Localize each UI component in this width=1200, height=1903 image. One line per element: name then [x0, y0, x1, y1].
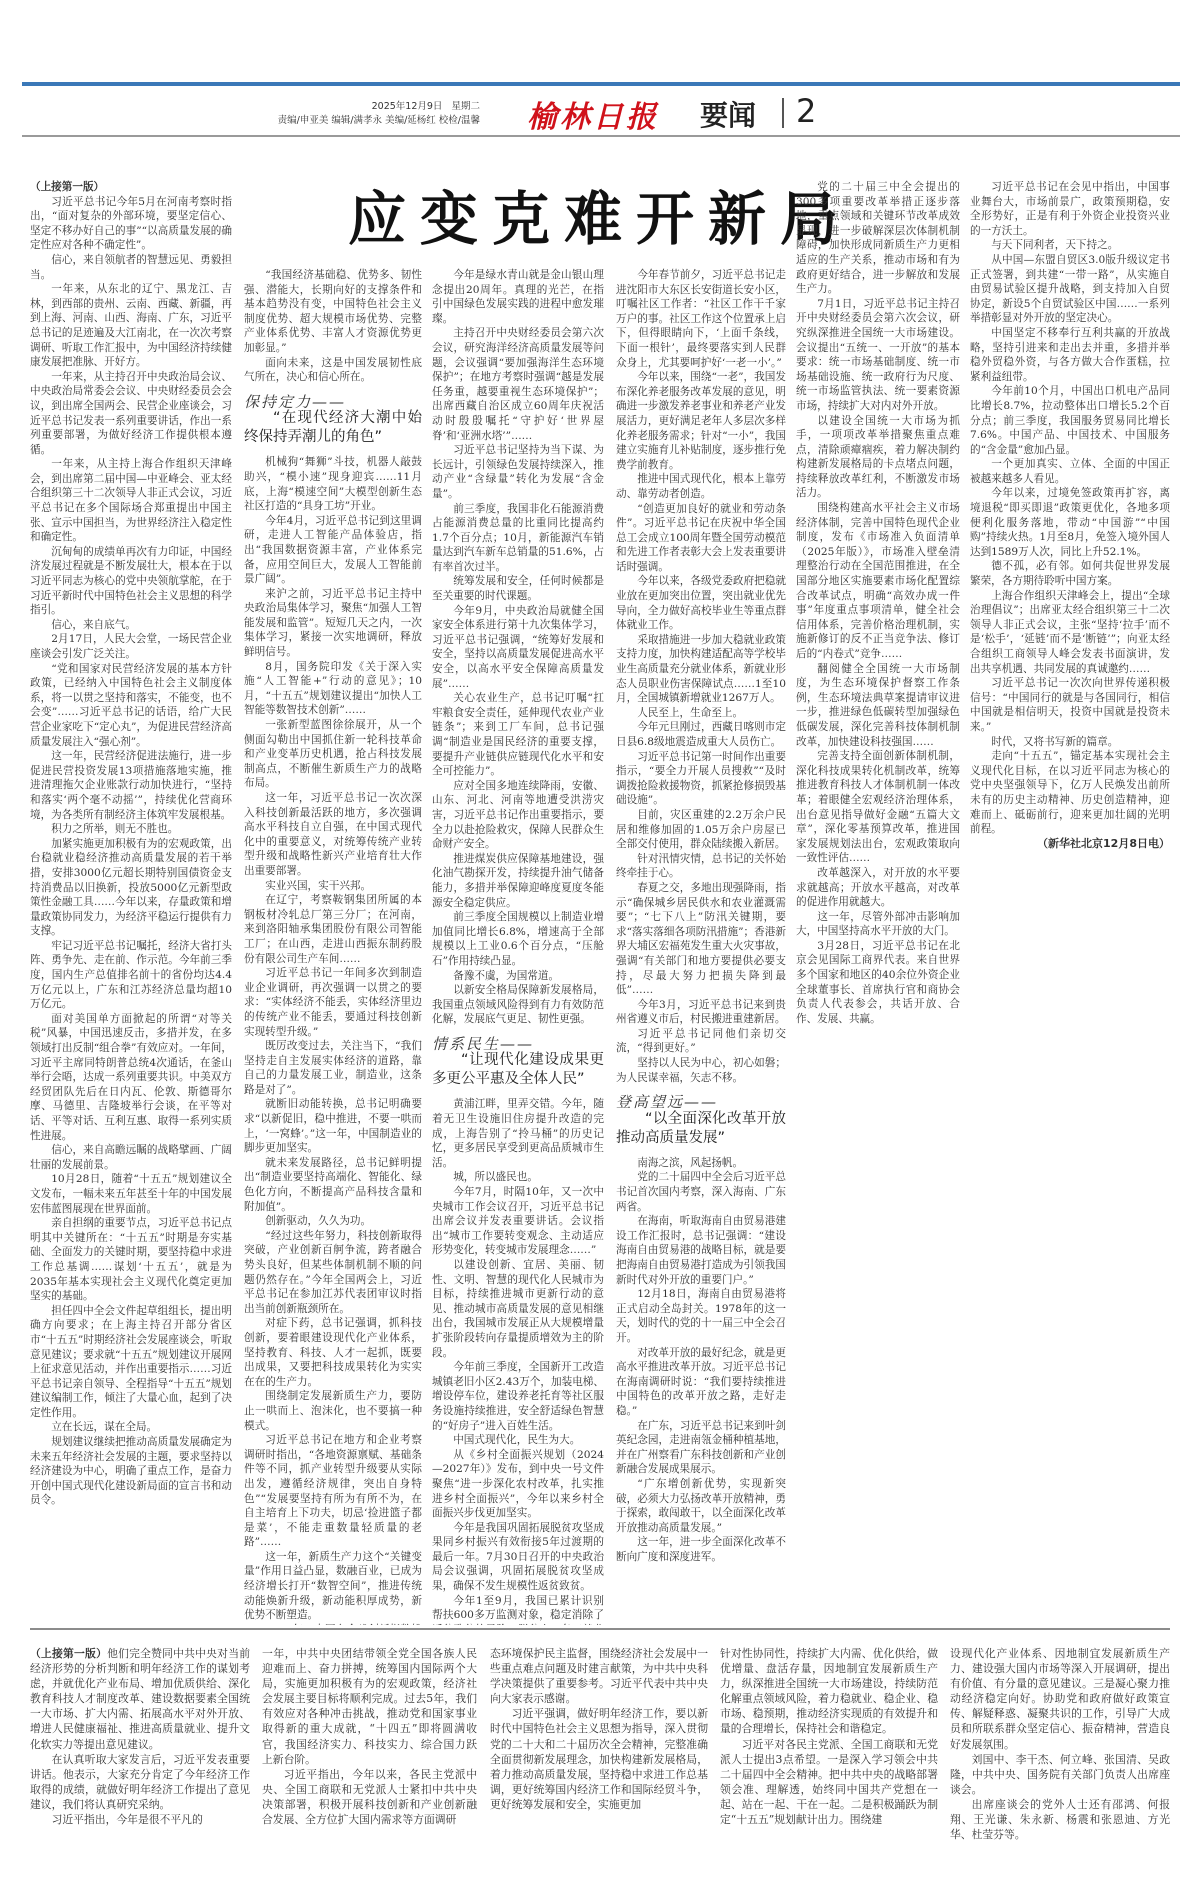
- paragraph: 城，所以盛民也。: [432, 1170, 604, 1185]
- top-story-column-1: （上接第一版） 习近平总书记今年5月在河南考察时指出，“面对复杂的外部环境，要坚…: [30, 180, 232, 1625]
- paragraph: 今年前三季度，全国新开工改造城镇老旧小区2.43万个，加装电梯、增设停车位，建设…: [432, 1360, 604, 1433]
- column-paragraphs: 态环境保护民主监督，围绕经济社会发展中一些重点难点问题及时建言献策，为中共中央科…: [490, 1646, 708, 1812]
- paragraph: 担任四中全会文件起草组组长，提出明确方向要求；在上海主持召开部分省区市“十五五”…: [30, 1304, 232, 1421]
- paragraph: 习近平总书记一年间多次到制造业企业调研，再次强调一以贯之的要求：“实体经济不能丢…: [244, 966, 422, 1039]
- paragraph: 主持召开中央财经委员会第六次会议，研究海洋经济高质量发展等问题，会议强调“要加强…: [432, 326, 604, 443]
- subhead-kicker: 保持定力——: [244, 395, 422, 410]
- paragraph: 这一年，民营经济促进法施行，进一步促进民营投资发展13项措施落地实施，推进清理拖…: [30, 749, 232, 822]
- paragraph: 时代，又将书写新的篇章。: [970, 735, 1170, 750]
- paragraph: 党的二十届四中全会后习近平总书记首次国内考察，深入海南、广东两省。: [616, 1170, 786, 1214]
- paragraph: 德不孤，必有邻。如何共促世界发展繁荣，各方期待聆听中国方案。: [970, 559, 1170, 588]
- paragraph: 改革越深入，对开放的水平要求就越高；开放水平越高，对改革的促进作用就越大。: [796, 866, 960, 910]
- paragraph: 春夏之交，多地出现强降雨，指示“确保城乡居民供水和农业灌溉需要”；“七下八上”防…: [616, 881, 786, 998]
- bottom-story-column-4: 针对性协同性，持续扩大内需、优化供给，做优增量、盘活存量，因地制宜发展新质生产力…: [720, 1646, 938, 1896]
- column-paragraphs: 一年，中共中央团结带领全党全国各族人民迎难而上、奋力拼搏，统筹国内国际两个大局，…: [262, 1646, 477, 1827]
- paragraph: 今年以来，各级党委政府把稳就业放在更加突出位置，突出就业优先导向，全力做好高校毕…: [616, 574, 786, 632]
- paragraph: 这一年，新质生产力这个“关键变量”作用日益凸显，数融百业，已成为经济增长打开“数…: [244, 1550, 422, 1623]
- paragraph: 一年来，从东北的辽宁、黑龙江、吉林，到西部的贵州、云南、西藏、新疆，再到上海、河…: [30, 282, 232, 370]
- paragraph: 态环境保护民主监督，围绕经济社会发展中一些重点难点问题及时建言献策，为中共中央科…: [490, 1646, 708, 1706]
- paragraph: 面对美国单方面掀起的所谓“对等关税”风暴，中国迅速反击，多措并发，在多领域打出反…: [30, 1012, 232, 1143]
- top-story-column-2: “我国经济基础稳、优势多、韧性强、潜能大，长期向好的支撑条件和基本趋势没有变，中…: [244, 268, 422, 1625]
- paragraph: 这一年，尽管外部冲击影响加大，中国坚持高水平开放的大门。: [796, 910, 960, 939]
- paragraph: 在辽宁，考察鞍钢集团所属的本钢板材冷轧总厂第三分厂；在河南，来到洛阳轴承集团股份…: [244, 893, 422, 966]
- paragraph: 面向未来，这是中国发展韧性底气所在，决心和信心所在。: [244, 356, 422, 385]
- paragraph: 目前，灾区重建的2.2万余户民居和维修加固的1.05万余户房屋已全部交付使用，群…: [616, 808, 786, 852]
- paragraph: 备豫不虞，为国常道。: [432, 969, 604, 984]
- paragraph: 今年以来，过境免签政策再扩容，离境退税“即买即退”政策更优化，各地多项便利化服务…: [970, 486, 1170, 559]
- dateline: （新华社北京12月8日电）: [970, 837, 1170, 852]
- paragraph: 信心，来自底气。: [30, 618, 232, 633]
- subhead-title: “在现代经济大潮中始终保持弄潮儿的角色”: [244, 409, 422, 447]
- column-paragraphs-after: 南海之滨，风起扬帆。党的二十届四中全会后习近平总书记首次国内考察，深入海南、广东…: [616, 1156, 786, 1565]
- paragraph: 推进中国式现代化，根本上靠劳动、靠劳动者创造。: [616, 472, 786, 501]
- bottom-lead: （上接第一版）他们完全赞同中共中央对当前经济形势的分析判断和明年经济工作的谋划考…: [30, 1646, 250, 1752]
- paragraph: 习近平指出，今年是很不平凡的: [30, 1812, 250, 1827]
- paragraph: 立在长远，谋在全局。: [30, 1420, 232, 1435]
- story-separator-rule: [30, 1628, 1170, 1630]
- page-number: 2: [796, 92, 816, 130]
- paragraph: 针对汛情灾情，总书记的关怀始终牵挂于心。: [616, 852, 786, 881]
- paragraph: “创造更加良好的就业和劳动条件”。习近平总书记在庆祝中华全国总工会成立100周年…: [616, 502, 786, 575]
- newspaper-logo: 榆林日报: [527, 92, 659, 136]
- paragraph: 应对全国多地连续降雨，安徽、山东、河北、河南等地遭受洪涝灾害，习近平总书记作出重…: [432, 779, 604, 852]
- paragraph: “党和国家对民营经济发展的基本方针政策，已经纳入中国特色社会主义制度体系，将一以…: [30, 662, 232, 750]
- paragraph: “经过这些年努力，科技创新取得突破，产业创新百舸争流，跨者融合势头良好，但某些体…: [244, 1229, 422, 1317]
- masthead-top-band: [22, 82, 1180, 86]
- column-paragraphs: 今年春节前夕，习近平总书记走进沈阳市大东区长安街道长安小区，叮嘱社区工作者：“社…: [616, 268, 786, 1085]
- paragraph: 设现代化产业体系、因地制宜发展新质生产力、建设强大国内市场等深入开展调研，提出有…: [950, 1646, 1170, 1752]
- paragraph: “我国经济基础稳、优势多、韧性强、潜能大，长期向好的支撑条件和基本趋势没有变，中…: [244, 268, 422, 356]
- paragraph: 在广东，习近平总书记来到叶剑英纪念园，走进南瓴金桶种植基地，并在广州察看广东科技…: [616, 1419, 786, 1477]
- paragraph: 加紧实施更加积极有为的宏观政策，出台稳就业稳经济推动高质量发展的若干举措，安排3…: [30, 837, 232, 939]
- paragraph: 今年春节前夕，习近平总书记走进沈阳市大东区长安街道长安小区，叮嘱社区工作者：“社…: [616, 268, 786, 370]
- masthead-rule: [22, 135, 1180, 137]
- paragraph: 以建设创新、宜居、美丽、韧性、文明、智慧的现代化人民城市为目标，持续推进城市更新…: [432, 1258, 604, 1360]
- paragraph: 今年4月，习近平总书记到这里调研，走进人工智能产品体验店，指出“我国数据资源丰富…: [244, 514, 422, 587]
- paragraph: 针对性协同性，持续扩大内需、优化供给，做优增量、盘活存量，因地制宜发展新质生产力…: [720, 1646, 938, 1737]
- top-story-column-5: 习近平总书记在会见中指出，中国事业舞台大，市场前景广，政策预期稳，安全形势好，正…: [970, 180, 1170, 1625]
- paragraph: 10月28日，随着“十五五”规划建议全文发布，一幅未来五年甚至十年的中国发展宏伟…: [30, 1172, 232, 1216]
- paragraph: 在海南，听取海南自由贸易港建设工作汇报时，总书记强调：“建设海南自由贸易港的战略…: [616, 1214, 786, 1287]
- paragraph: 习近平总书记同他们亲切交流，“得到更好。”: [616, 1027, 786, 1056]
- paragraph: 8月，国务院印发《关于深入实施“人工智能+”行动的意见》；10月，“十五五”规划…: [244, 660, 422, 718]
- issue-weekday: 星期二: [451, 101, 480, 112]
- paragraph: 沉甸甸的成绩单再次有力印证，中国经济发展过程就是不断发展壮大，根本在于以习近平同…: [30, 545, 232, 618]
- paragraph: 7月1日，习近平总书记主持召开中央财经委员会第六次会议，研究纵深推进全国统一大市…: [796, 297, 960, 414]
- masthead: 2025年12月9日 星期二 责编/申亚美 编辑/满孝永 美编/延杨红 校检/温…: [22, 88, 1180, 138]
- paragraph: 一个更加真实、立体、全面的中国正被越来越多人看见。: [970, 457, 1170, 486]
- paragraph: 这一年，进一步全面深化改革不断向广度和深度进军。: [616, 1535, 786, 1564]
- paragraph: 一年来，从主持召开中央政治局会议、中央政治局常委会会议、中央财经委员会会议，到出…: [30, 370, 232, 458]
- column-paragraphs: 针对性协同性，持续扩大内需、优化供给，做优增量、盘活存量，因地制宜发展新质生产力…: [720, 1646, 938, 1827]
- paragraph: 翻阅健全全国统一大市场制度，为生态环境保护督察工作条例，生态环境法典草案提请审议…: [796, 662, 960, 750]
- paragraph: 从中国—东盟自贸区3.0版升级议定书正式签署，到共建“一带一路”，从实施自由贸易…: [970, 253, 1170, 326]
- paragraph: 实业兴国，实干兴邦。: [244, 879, 422, 894]
- paragraph: 2月17日，人民大会堂，一场民营企业座谈会引发广泛关注。: [30, 632, 232, 661]
- paragraph: 一年来，从主持上海合作组织天津峰会，到出席第二届中国—中亚峰会、亚太经合组织第三…: [30, 457, 232, 545]
- paragraph: 3月28日，习近平总书记在北京会见国际工商界代表。来自世界多个国家和地区的40余…: [796, 939, 960, 1027]
- paragraph: 习近平总书记在会见中指出，中国事业舞台大，市场前景广，政策预期稳，安全形势好，正…: [970, 180, 1170, 238]
- paragraph: 就未来发展路径，总书记鲜明提出“制造业要坚持高端化、智能化、绿色化方向，不断提高…: [244, 1156, 422, 1214]
- paragraph: 以新安全格局保障新发展格局，我国重点领域风险得到有力有效防范化解，发展底气更足、…: [432, 983, 604, 1027]
- paragraph: 习近平对各民主党派、全国工商联和无党派人士提出3点希望。一是深入学习领会中共二十…: [720, 1737, 938, 1828]
- bottom-story-column-1: （上接第一版）他们完全赞同中共中央对当前经济形势的分析判断和明年经济工作的谋划考…: [30, 1646, 250, 1896]
- paragraph: 今年元旦刚过，西藏日喀则市定日县6.8级地震造成重大人员伤亡。: [616, 720, 786, 749]
- paragraph: 机械狗“舞狮”斗技，机器人敲鼓助兴，“模小速”现身迎宾……11月底，上海“模速空…: [244, 455, 422, 513]
- subhead-kicker: 登高望远——: [616, 1095, 786, 1110]
- paragraph: 中国坚定不移奉行互利共赢的开放战略，坚持引进来和走出去并重，多措并举稳外贸稳外资…: [970, 326, 1170, 384]
- paragraph: 一张新型蓝图徐徐展开，从一个侧面勾勒出中国抓住新一轮科技革命和产业变革历史机遇，…: [244, 718, 422, 791]
- bottom-story-column-2: 一年，中共中央团结带领全党全国各族人民迎难而上、奋力拼搏，统筹国内国际两个大局，…: [262, 1646, 477, 1896]
- paragraph: 与天下同利者，天下持之。: [970, 238, 1170, 253]
- bottom-story-column-5: 设现代化产业体系、因地制宜发展新质生产力、建设强大国内市场等深入开展调研，提出有…: [950, 1646, 1170, 1896]
- paragraph: 习近平强调，做好明年经济工作，要以新时代中国特色社会主义思想为指导，深入贯彻党的…: [490, 1706, 708, 1812]
- subhead-livelihood: 情系民生—— “让现代化建设成果更多更公平惠及全体人民”: [432, 1037, 604, 1090]
- paragraph: 对症下药，总书记强调，抓科技创新，要着眼建设现代化产业体系，坚持教育、科技、人才…: [244, 1316, 422, 1389]
- paragraph: 南海之滨，风起扬帆。: [616, 1156, 786, 1171]
- lead-tag: （上接第一版）: [30, 180, 232, 195]
- paragraph: 这一年，习近平总书记一次次深入科技创新最活跃的地方，多次强调高水平科技自立自强，…: [244, 791, 422, 879]
- paragraph: 以建设全国统一大市场为抓手，一项项改革举措聚焦重点难点，清除顽瘴痼疾，着力解决制…: [796, 414, 960, 502]
- subhead-title: “以全面深化改革开放推动高质量发展”: [616, 1110, 786, 1148]
- paragraph: 今年1至9月，我国已累计识别帮扶600多万监测对象，稳定消除了返贫致贫的风险，脱…: [432, 1594, 604, 1625]
- paragraph: 关心农业生产，总书记叮嘱“扛牢粮食安全责任，延伸现代农业产业链条”；来到工厂车间…: [432, 691, 604, 779]
- paragraph: “广东增创新优势，实现新突破，必须大力弘扬改革开放精神，勇于探索，敢闯敢干，以全…: [616, 1477, 786, 1535]
- masthead-divider: [782, 98, 784, 128]
- paragraph: 亲自担纲的重要节点，习近平总书记点明其中关键所在：“十五五”时期是夯实基础、全面…: [30, 1216, 232, 1304]
- paragraph: 2025年，中国在全球创新指数排名中首次跻身前十，是10多年来创新力提升最快的经…: [244, 1623, 422, 1625]
- paragraph: 围绕制定发展新质生产力，要防止一哄而上、泡沫化，也不要搞一种模式。: [244, 1389, 422, 1433]
- paragraph: 刘国中、李干杰、何立峰、张国清、吴政隆，中共中央、国务院有关部门负责人出席座谈会…: [950, 1752, 1170, 1797]
- paragraph: 习近平总书记今年5月在河南考察时指出，“面对复杂的外部环境，要坚定信心、坚定不移…: [30, 195, 232, 253]
- paragraph: 信心，来自高瞻远瞩的战略擘画、广阔壮丽的发展前景。: [30, 1143, 232, 1172]
- paragraph: 统筹发展和安全，任何时候都是至关重要的时代课题。: [432, 574, 604, 603]
- paragraph: 上海合作组织天津峰会上，提出“全球治理倡议”；出席亚太经合组织第三十二次领导人非…: [970, 589, 1170, 677]
- top-story-column-4b: 党的二十届三中全会提出的300多项重要改革举措正逐步落地，重点领域和关键环节改革…: [796, 180, 960, 1625]
- paragraph: 牢记习近平总书记嘱托，经济大省打头阵、勇争先、走在前、作示范。今年前三季度，国内…: [30, 939, 232, 1012]
- paragraph: 12月18日，海南自由贸易港将正式启动全岛封关。1978年的这一天，划时代的党的…: [616, 1287, 786, 1345]
- paragraph: 前三季度全国规模以上制造业增加值同比增长6.8%，增速高于全部规模以上工业0.6…: [432, 910, 604, 968]
- subhead-look-far: 登高望远—— “以全面深化改革开放推动高质量发展”: [616, 1095, 786, 1148]
- paragraph: 今年是我国巩固拓展脱贫攻坚成果同乡村振兴有效衔接5年过渡期的最后一年。7月30日…: [432, 1521, 604, 1594]
- editor-credits: 责编/申亚美 编辑/满孝永 美编/延杨红 校检/温馨: [278, 114, 480, 128]
- paragraph: 今年是绿水青山就是金山银山理念提出20周年。真理的光芒，在指引中国绿色发展实践的…: [432, 268, 604, 326]
- column-paragraphs: 今年是绿水青山就是金山银山理念提出20周年。真理的光芒，在指引中国绿色发展实践的…: [432, 268, 604, 1027]
- paragraph: 出席座谈会的党外人士还有邵鸿、何报翔、王光谦、朱永新、杨震和张恩迪、方光华、杜莹…: [950, 1797, 1170, 1842]
- column-paragraphs-after: 黄浦江畔，里弄交错。今年，随着无卫生设施旧住房提升改造的完成，上海告别了“拎马桶…: [432, 1097, 604, 1625]
- top-story-column-3: 今年是绿水青山就是金山银山理念提出20周年。真理的光芒，在指引中国绿色发展实践的…: [432, 268, 604, 1625]
- column-paragraphs: 习近平总书记今年5月在河南考察时指出，“面对复杂的外部环境，要坚定信心、坚定不移…: [30, 195, 232, 1508]
- paragraph: 今年9月，中央政治局就健全国家安全体系进行第十九次集体学习，习近平总书记强调，“…: [432, 604, 604, 692]
- paragraph: 围绕构建高水平社会主义市场经济体制，完善中国特色现代企业制度，发布《市场准入负面…: [796, 501, 960, 662]
- paragraph: 习近平总书记坚持为当下谋、为长远计，引领绿色发展持续深入，推动产业“含绿量”转化…: [432, 443, 604, 501]
- column-paragraphs-after: 机械狗“舞狮”斗技，机器人敲鼓助兴，“模小速”现身迎宾……11月底，上海“模速空…: [244, 455, 422, 1625]
- paragraph: 对改革开放的最好纪念，就是更高水平推进改革开放。习近平总书记在海南调研时说：“我…: [616, 1346, 786, 1419]
- section-name: 要闻: [700, 94, 756, 134]
- paragraph: 黄浦江畔，里弄交错。今年，随着无卫生设施旧住房提升改造的完成，上海告别了“拎马桶…: [432, 1097, 604, 1170]
- column-paragraphs: 设现代化产业体系、因地制宜发展新质生产力、建设强大国内市场等深入开展调研，提出有…: [950, 1646, 1170, 1842]
- paragraph: 推进煤炭供应保障基地建设，强化油气勘探开发，持续提升油气储备能力，多措并举保障迎…: [432, 852, 604, 910]
- masthead-meta: 2025年12月9日 星期二 责编/申亚美 编辑/满孝永 美编/延杨红 校检/温…: [278, 100, 480, 128]
- paragraph: 今年3月，习近平总书记来到贵州省遵义市后，村民搬进重建新居。: [616, 998, 786, 1027]
- paragraph: 习近平指出，今年以来，各民主党派中央、全国工商联和无党派人士紧扣中共中央决策部署…: [262, 1767, 477, 1827]
- paragraph: 前三季度，我国非化石能源消费占能源消费总量的比重同比提高约1.7个百分点；10月…: [432, 502, 604, 575]
- paragraph: 既厉改变过去，关注当下，“我们坚持走自主发展实体经济的道路，靠自己的力量发展工业…: [244, 1039, 422, 1097]
- paragraph: 规划建议继续把推动高质量发展确定为未来五年经济社会发展的主题，要求坚持以经济建设…: [30, 1435, 232, 1508]
- paragraph: 从《乡村全面振兴规划（2024—2027年）》发布，到中央一号文件聚焦“进一步深…: [432, 1448, 604, 1521]
- paragraph: 积力之所举，则无不胜也。: [30, 822, 232, 837]
- top-story-column-4: 今年春节前夕，习近平总书记走进沈阳市大东区长安街道长安小区，叮嘱社区工作者：“社…: [616, 268, 786, 1625]
- paragraph: 信心，来自领航者的智慧远见、勇毅担当。: [30, 253, 232, 282]
- paragraph: 今年前10个月，中国出口机电产品同比增长8.7%，拉动整体出口增长5.2个百分点…: [970, 384, 1170, 457]
- subhead-kicker: 情系民生——: [432, 1037, 604, 1052]
- paragraph: 习近平总书记一次次向世界传递积极信号：“中国同行的就是与各国同行，相信中国就是相…: [970, 676, 1170, 734]
- column-paragraphs: 习近平总书记在会见中指出，中国事业舞台大，市场前景广，政策预期稳，安全形势好，正…: [970, 180, 1170, 837]
- paragraph: 一年，中共中央团结带领全党全国各族人民迎难而上、奋力拼搏，统筹国内国际两个大局，…: [262, 1646, 477, 1767]
- issue-date: 2025年12月9日: [372, 101, 443, 112]
- paragraph: 今年7月，时隔10年，又一次中央城市工作会议召开，习近平总书记出席会议并发表重要…: [432, 1185, 604, 1258]
- bottom-story-column-3: 态环境保护民主监督，围绕经济社会发展中一些重点难点问题及时建言献策，为中共中央科…: [490, 1646, 708, 1896]
- paragraph: 在认真听取大家发言后，习近平发表重要讲话。他表示，大家充分肯定了今年经济工作取得…: [30, 1752, 250, 1812]
- subhead-title: “让现代化建设成果更多更公平惠及全体人民”: [432, 1051, 604, 1089]
- paragraph: 创新驱动，久久为功。: [244, 1214, 422, 1229]
- column-paragraphs: “我国经济基础稳、优势多、韧性强、潜能大，长期向好的支撑条件和基本趋势没有变，中…: [244, 268, 422, 385]
- paragraph: 人民至上，生命至上。: [616, 706, 786, 721]
- paragraph: 习近平总书记在地方和企业考察调研时指出，“各地资源禀赋、基础条件等不同，抓产业转…: [244, 1433, 422, 1550]
- paragraph: 党的二十届三中全会提出的300多项重要改革举措正逐步落地，重点领域和关键环节改革…: [796, 180, 960, 297]
- paragraph: 来沪之前，习近平总书记主持中央政治局集体学习，聚焦“加强人工智能发展和监管”。短…: [244, 587, 422, 660]
- paragraph: 走向“十五五”，锚定基本实现社会主义现代化目标，在以习近平同志为核心的党中央坚强…: [970, 749, 1170, 837]
- paragraph: 坚持以人民为中心，初心如磐；为人民谋幸福，矢志不移。: [616, 1056, 786, 1085]
- paragraph: 习近平总书记第一时间作出重要指示，“要全力开展人员搜救”“及时调拨抢险救援物资，…: [616, 750, 786, 808]
- paragraph: 中国式现代化，民生为大。: [432, 1433, 604, 1448]
- paragraph: 完善支持全面创新体制机制，深化科技成果转化机制改革，统筹推进教育科技人才体制机制…: [796, 749, 960, 866]
- paragraph: 就断旧动能转换，总书记明确要求“以新促旧，稳中推进，不要一哄而上，‘一窝蜂’。”…: [244, 1097, 422, 1155]
- paragraph: 采取措施进一步加大稳就业政策支持力度，加快构建适配高等学校毕业生高质量充分就业体…: [616, 633, 786, 706]
- subhead-keep-composure: 保持定力—— “在现代经济大潮中始终保持弄潮儿的角色”: [244, 395, 422, 448]
- paragraph: 今年以来，围绕“一老”，我国发布深化养老服务改革发展的意见，明确进一步激发养老事…: [616, 370, 786, 472]
